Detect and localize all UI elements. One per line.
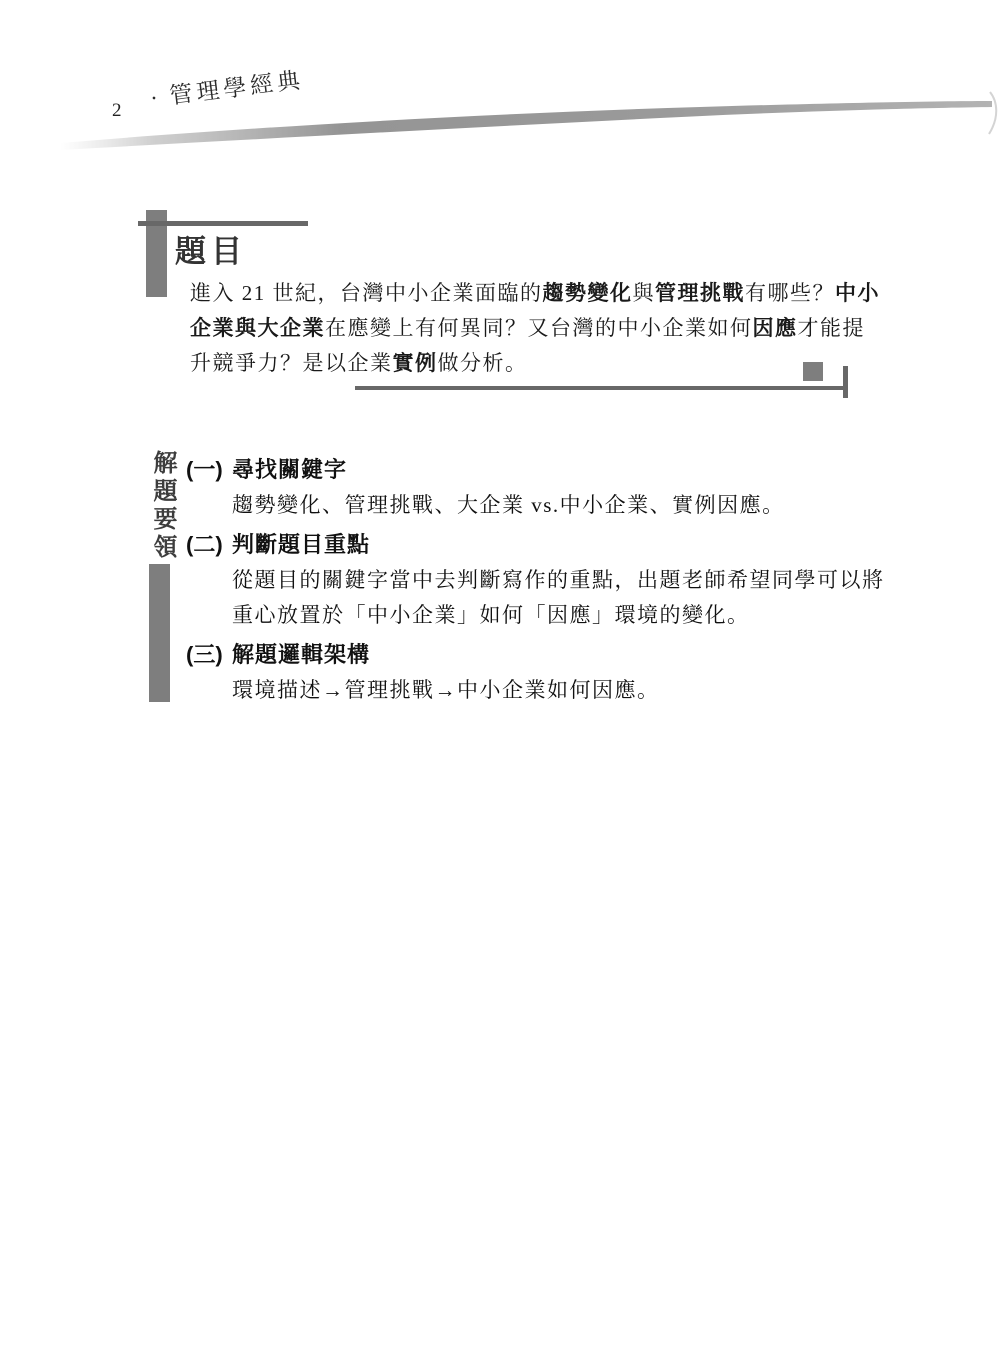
solution-item-3: (三) 解題邏輯架構 環境描述→管理挑戰→中小企業如何因應。 bbox=[186, 636, 892, 709]
header-swoosh-graphic bbox=[40, 86, 1000, 170]
text-segment: 中小 bbox=[835, 281, 880, 305]
text-segment: 進入 21 世紀，台灣中小企業面臨的 bbox=[190, 281, 543, 305]
text-segment: 重心放置於「中小企業」如何「因應」環境的變化。 bbox=[232, 603, 750, 627]
text-segment: 管理挑戰 bbox=[655, 281, 745, 305]
text-segment: 中小企業如何因應。 bbox=[457, 678, 660, 702]
solution-item-2-body-line-2: 重心放置於「中小企業」如何「因應」環境的變化。 bbox=[232, 598, 892, 634]
solution-item-2-heading-row: (二) 判斷題目重點 bbox=[186, 526, 892, 563]
text-segment: 才能提 bbox=[798, 316, 866, 340]
text-segment: 環境描述 bbox=[232, 678, 322, 702]
solution-items: (一) 尋找關鍵字 趨勢變化、管理挑戰、大企業 vs.中小企業、實例因應。 (二… bbox=[186, 451, 892, 710]
question-line-3: 升競爭力？是以企業實例做分析。 bbox=[190, 346, 880, 381]
solution-item-3-number: (三) bbox=[186, 636, 232, 673]
book-page: { "page": { "number": "2", "header_separ… bbox=[0, 0, 1000, 1353]
solution-item-1-heading-row: (一) 尋找關鍵字 bbox=[186, 451, 892, 488]
solution-item-3-heading: 解題邏輯架構 bbox=[232, 636, 370, 673]
question-end-square-ornament bbox=[803, 362, 823, 381]
text-segment: 做分析。 bbox=[438, 351, 528, 375]
solution-item-2: (二) 判斷題目重點 從題目的關鍵字當中去判斷寫作的重點，出題老師希望同學可以將… bbox=[186, 526, 892, 634]
solution-item-1-body-line-1: 趨勢變化、管理挑戰、大企業 vs.中小企業、實例因應。 bbox=[232, 488, 892, 524]
question-line-2: 企業與大企業在應變上有何異同？又台灣的中小企業如何因應才能提 bbox=[190, 311, 880, 346]
solution-item-1-heading: 尋找關鍵字 bbox=[232, 451, 347, 488]
text-segment: 與 bbox=[633, 281, 656, 305]
text-segment: 趨勢變化 bbox=[543, 281, 633, 305]
solution-item-1-number: (一) bbox=[186, 451, 232, 488]
text-segment: 企業與大企業 bbox=[190, 316, 325, 340]
solution-item-1: (一) 尋找關鍵字 趨勢變化、管理挑戰、大企業 vs.中小企業、實例因應。 bbox=[186, 451, 892, 524]
question-section-title: 題目 bbox=[175, 226, 247, 271]
text-segment: 管理挑戰 bbox=[345, 678, 435, 702]
text-segment: → bbox=[322, 678, 345, 702]
text-segment: 因應 bbox=[753, 316, 798, 340]
text-segment: 有哪些？ bbox=[745, 281, 835, 305]
text-segment: 趨勢變化、管理挑戰、大企業 vs.中小企業、實例因應。 bbox=[232, 493, 785, 517]
question-text: 進入 21 世紀，台灣中小企業面臨的趨勢變化與管理挑戰有哪些？中小 企業與大企業… bbox=[190, 276, 880, 381]
solution-item-3-body-line-1: 環境描述→管理挑戰→中小企業如何因應。 bbox=[232, 673, 892, 709]
solution-item-2-heading: 判斷題目重點 bbox=[232, 526, 370, 563]
text-segment: 從題目的關鍵字當中去判斷寫作的重點，出題老師希望同學可以將 bbox=[232, 568, 885, 592]
solution-accent-vertical-bar bbox=[149, 564, 170, 702]
text-segment: 在應變上有何異同？又台灣的中小企業如何 bbox=[325, 316, 753, 340]
text-segment: 升競爭力？是以企業 bbox=[190, 351, 393, 375]
text-segment: 實例 bbox=[393, 351, 438, 375]
question-end-horizontal-rule bbox=[355, 386, 845, 390]
text-segment: → bbox=[435, 678, 458, 702]
solution-item-3-heading-row: (三) 解題邏輯架構 bbox=[186, 636, 892, 673]
solution-item-2-body-line-1: 從題目的關鍵字當中去判斷寫作的重點，出題老師希望同學可以將 bbox=[232, 563, 892, 599]
question-line-1: 進入 21 世紀，台灣中小企業面臨的趨勢變化與管理挑戰有哪些？中小 bbox=[190, 276, 880, 311]
solution-item-2-number: (二) bbox=[186, 526, 232, 563]
question-end-tick-ornament bbox=[843, 366, 848, 398]
solution-sidebar-label: 解題要領 bbox=[145, 450, 180, 580]
